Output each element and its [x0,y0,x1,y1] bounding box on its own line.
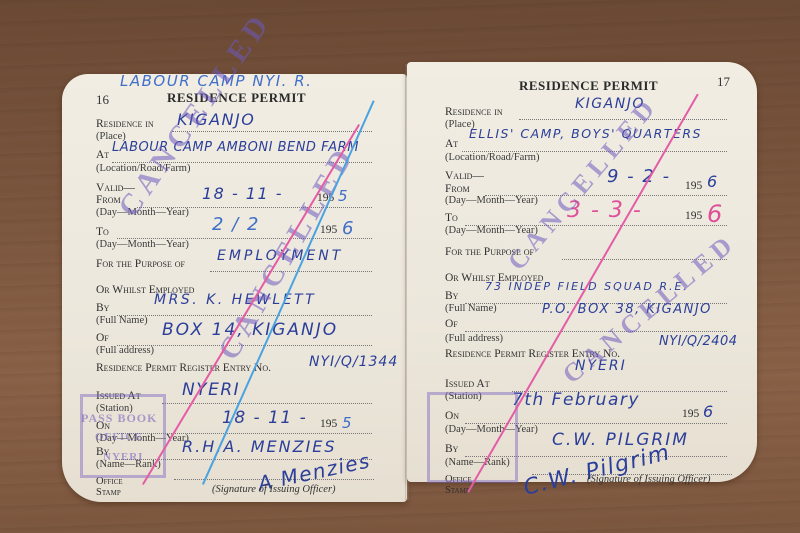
at-label: At [445,138,458,150]
on-year-digit: 6 [703,402,715,421]
at-label: At [96,149,109,161]
signature-label: (Signature of Issuing Officer) [212,484,336,495]
page-number: 16 [96,92,109,108]
residence-in-label: Residence in [445,106,503,118]
to-label: To [96,226,109,238]
right-page: 17 RESIDENCE PERMIT Residence in KIGANJO… [407,62,757,482]
on-year-digit: 5 [342,414,353,432]
by-label: By [445,290,458,302]
stamp-label: Stamp [96,487,121,498]
from-year-digit: 6 [707,172,719,191]
from-label: From [445,183,470,195]
register-value: NYI/Q/1344 [309,354,398,370]
page-title: RESIDENCE PERMIT [519,78,658,94]
from-sub: (Day—Month—Year) [445,195,538,206]
by-sub: (Full Name) [445,303,497,314]
passbook-spread: LABOUR CAMP NYI. R. 16 RESIDENCE PERMIT … [62,62,762,502]
employer-name: MRS. K. HEWLETT [154,292,316,308]
signature-label: (Signature of Issuing Officer) [587,474,711,485]
on-value: 7th February [512,390,640,410]
to-sub: (Day—Month—Year) [96,239,189,250]
register-label: Residence Permit Register Entry No. [96,362,271,374]
purpose-label: For the Purpose of [96,258,185,270]
left-page: LABOUR CAMP NYI. R. 16 RESIDENCE PERMIT … [62,74,407,502]
page-number: 17 [717,74,730,90]
of-label: Of [96,332,109,344]
issued-at-value: NYERI [182,380,240,400]
on-year-prefix: 195 [320,418,337,430]
to-value: 2 / 2 [212,214,260,235]
stamp-label: Stamp [445,485,470,496]
residence-in-label: Residence in [96,118,154,130]
to-label: To [445,212,458,224]
of-label: Of [445,318,458,330]
to-year-prefix: 195 [320,224,337,236]
at-value: ELLIS' CAMP, BOYS' QUARTERS [469,126,702,141]
of-sub: (Full address) [96,345,154,356]
of-sub: (Full address) [445,333,503,344]
from-year-prefix: 195 [685,180,702,192]
from-value: 18 - 11 - [202,184,283,203]
to-year-digit: 6 [342,218,355,239]
on-year-prefix: 195 [682,408,699,420]
register-value: NYI/Q/2404 [659,334,738,349]
by-label: By [96,302,109,314]
issued-at-label: Issued At [445,378,490,390]
from-value: 9 - 2 - [607,166,671,187]
issuer-name: R.H.A. MENZIES [182,437,337,456]
at-sub: (Location/Road/Farm) [445,152,539,163]
valid-label: Valid— [445,170,484,182]
to-year-digit: 6 [707,200,724,228]
office-stamp [427,392,518,483]
to-year-prefix: 195 [685,210,702,222]
by-sub: (Full Name) [96,315,148,326]
